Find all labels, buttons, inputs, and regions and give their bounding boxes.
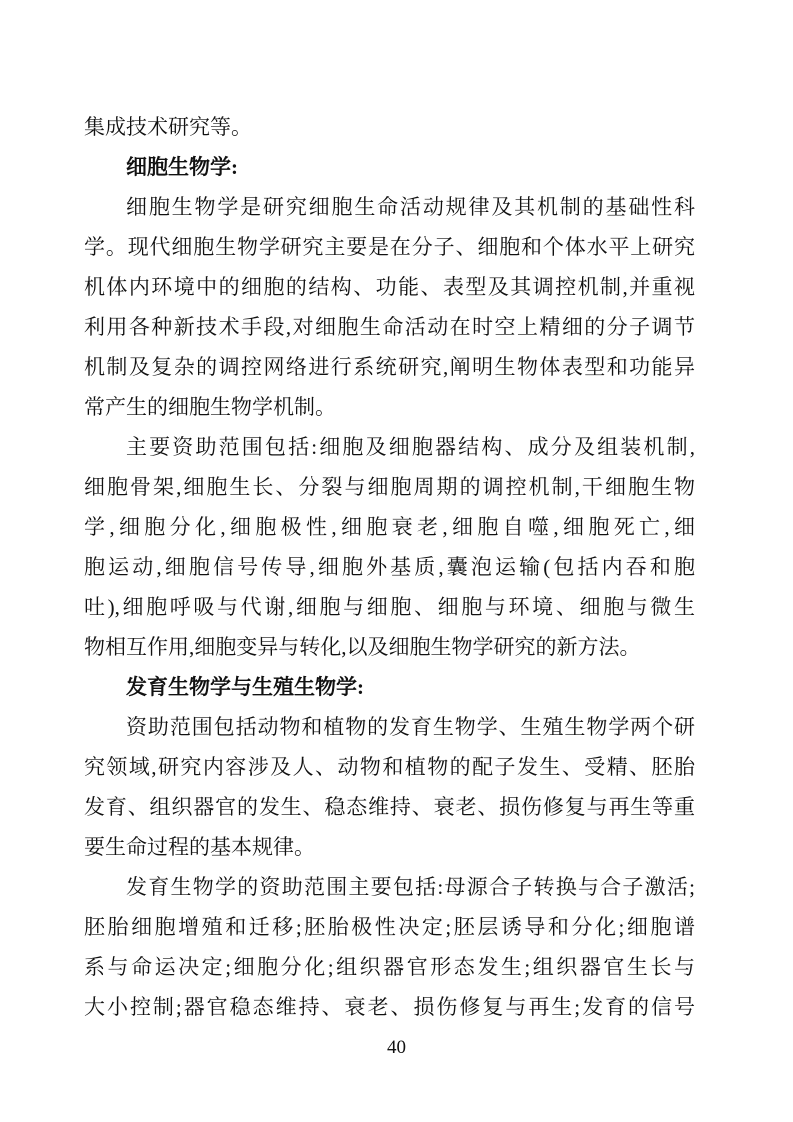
text-block: 集成技术研究等。 细胞生物学: 细胞生物学是研究细胞生命活动规律及其机制的基础性… [84,107,695,1027]
text-line: 发育、组织器官的发生、稳态维持、衰老、损伤修复与再生等重 [84,787,695,827]
text-line: 细胞生物学是研究细胞生命活动规律及其机制的基础性科 [84,187,695,227]
text-line: 机体内环境中的细胞的结构、功能、表型及其调控机制,并重视 [84,267,695,307]
text-line: 物相互作用,细胞变异与转化,以及细胞生物学研究的新方法。 [84,627,695,667]
text-line: 主要资助范围包括:细胞及细胞器结构、成分及组装机制, [84,427,695,467]
text-line: 学,细胞分化,细胞极性,细胞衰老,细胞自噬,细胞死亡,细 [84,507,695,547]
page-number: 40 [0,1036,793,1060]
text-line: 常产生的细胞生物学机制。 [84,387,695,427]
text-line: 胚胎细胞增殖和迁移;胚胎极性决定;胚层诱导和分化;细胞谱 [84,907,695,947]
text-line: 利用各种新技术手段,对细胞生命活动在时空上精细的分子调节 [84,307,695,347]
document-page: 集成技术研究等。 细胞生物学: 细胞生物学是研究细胞生命活动规律及其机制的基础性… [0,0,793,1122]
section-heading-cell-biology: 细胞生物学: [84,147,695,187]
text-line: 要生命过程的基本规律。 [84,827,695,867]
text-line: 学。现代细胞生物学研究主要是在分子、细胞和个体水平上研究 [84,227,695,267]
text-line: 机制及复杂的调控网络进行系统研究,阐明生物体表型和功能异 [84,347,695,387]
text-line: 大小控制;器官稳态维持、衰老、损伤修复与再生;发育的信号 [84,987,695,1027]
text-line: 究领域,研究内容涉及人、动物和植物的配子发生、受精、胚胎 [84,747,695,787]
text-line: 资助范围包括动物和植物的发育生物学、生殖生物学两个研 [84,707,695,747]
text-line: 细胞骨架,细胞生长、分裂与细胞周期的调控机制,干细胞生物 [84,467,695,507]
text-line: 系与命运决定;细胞分化;组织器官形态发生;组织器官生长与 [84,947,695,987]
section-heading-developmental-biology: 发育生物学与生殖生物学: [84,667,695,707]
text-line: 集成技术研究等。 [84,107,695,147]
text-line: 吐),细胞呼吸与代谢,细胞与细胞、细胞与环境、细胞与微生 [84,587,695,627]
text-line: 胞运动,细胞信号传导,细胞外基质,囊泡运输(包括内吞和胞 [84,547,695,587]
text-line: 发育生物学的资助范围主要包括:母源合子转换与合子激活; [84,867,695,907]
